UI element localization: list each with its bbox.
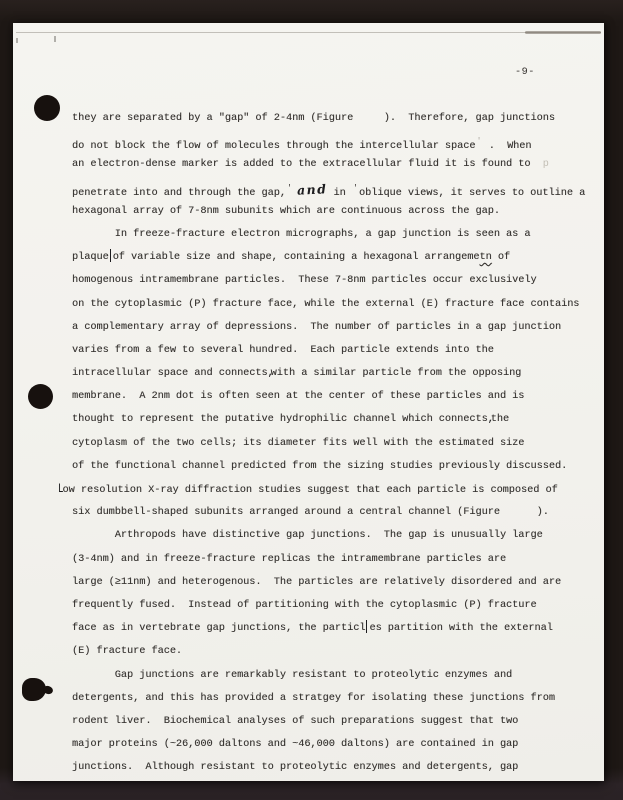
faint-stray-letter: p [543,159,549,170]
typed-text-segment: (3-4nm) and in freeze-fracture replicas … [72,554,506,565]
typed-text-segment: Gap junctions are remarkably resistant t… [72,670,512,681]
text-line: (E) fracture face. [72,640,602,663]
pencil-speck [16,38,18,43]
typed-text-segment: thought to represent the putative hydrop… [72,414,488,425]
text-line: Gap junctions are remarkably resistant t… [72,664,602,687]
handwritten-capital-mark: L [58,478,63,501]
text-line: In freeze-fracture electron micrographs,… [72,223,602,246]
scan-artifact-smudge [525,31,601,34]
text-line: large (≥11nm) and heterogenous. The part… [72,571,602,594]
hole-punch-middle [28,384,53,409]
text-line: face as in vertebrate gap junctions, the… [72,617,602,640]
text-line: Arthropods have distinctive gap junction… [72,524,602,547]
typed-text-segment: the [491,414,509,425]
typed-text-segment: . When [483,141,532,152]
typed-text-segment: of the functional channel predicted from… [72,461,567,472]
typed-text-segment: intracellular space and connects [72,368,268,379]
typed-text-segment: large (≥11nm) and heterogenous. The part… [72,577,561,588]
text-line: thought to represent the putative hydrop… [72,408,602,431]
text-line: rodent liver. Biochemical analyses of su… [72,710,602,733]
paper-sheet: -9- they are separated by a "gap" of 2-4… [13,23,604,781]
typed-text-segment: in [334,188,352,199]
text-line: major proteins (~26,000 daltons and ~46,… [72,733,602,756]
typed-text-segment: face as in vertebrate gap junctions, the… [72,623,365,634]
text-line: detergents, and this has provided a stra… [72,687,602,710]
typed-text-segment: cytoplasm of the two cells; its diameter… [72,438,524,449]
scanned-page-photo: -9- they are separated by a "gap" of 2-4… [0,0,623,800]
hole-punch-top [34,95,60,121]
text-line: a complementary array of depressions. Th… [72,316,602,339]
typed-text-segment: on the cytoplasmic (P) fracture face, wh… [72,299,579,310]
typed-text-segment: (E) fracture face. [72,646,182,657]
text-line: do not block the flow of molecules throu… [72,130,602,153]
typed-text-segment: plaque [72,252,109,263]
typed-text-segment: major proteins (~26,000 daltons and ~46,… [72,739,518,750]
typed-text-segment: of variable size and shape, containing a… [113,252,480,263]
text-line: plaqueof variable size and shape, contai… [72,246,602,269]
typed-text-segment: membrane. A 2nm dot is often seen at the… [72,391,524,402]
text-line: they are separated by a "gap" of 2-4nm (… [72,107,602,130]
text-line: frequently fused. Instead of partitionin… [72,594,602,617]
typed-text: they are separated by a "gap" of 2-4nm (… [72,107,602,779]
text-line: six dumbbell-shaped subunits arranged ar… [72,501,602,524]
typed-text-segment: an electron-dense marker is added to the… [72,159,543,170]
scan-artifact-line [16,32,601,33]
typed-text-segment: penetrate into and through the gap, [72,188,286,199]
typed-text-segment: a complementary array of depressions. Th… [72,322,561,333]
text-line: on the cytoplasmic (P) fracture face, wh… [72,293,602,316]
typed-text-segment: Arthropods have distinctive gap junction… [72,530,543,541]
stray-mark: ' [477,136,482,146]
typed-text-segment: with a similar particle from the opposin… [271,368,522,379]
text-line: intracellular space and connects,with a … [72,362,602,385]
typed-text-segment: detergents, and this has provided a stra… [72,693,555,704]
typed-text-segment: junctions. Although resistant to proteol… [72,762,518,773]
insertion-caret: ' [287,183,292,193]
stray-mark: ' [353,183,358,193]
typed-text-segment: oblique views, it serves to outline a [359,188,585,199]
typed-text-segment: ow resolution X-ray diffraction studies … [63,485,558,496]
text-line: hexagonal array of 7-8nm subunits which … [72,200,602,223]
typed-text-segment: six dumbbell-shaped subunits arranged ar… [72,507,549,518]
transposition-mark: tn [480,252,492,263]
typed-text-segment: do not block the flow of molecules throu… [72,141,476,152]
text-line: homogenous intramembrane particles. Thes… [72,269,602,292]
text-line: junctions. Although resistant to proteol… [72,756,602,779]
typed-text-segment: In freeze-fracture electron micrographs,… [72,229,531,240]
text-line: (3-4nm) and in freeze-fracture replicas … [72,548,602,571]
text-line: penetrate into and through the gap,'andi… [72,177,602,200]
text-line: an electron-dense marker is added to the… [72,153,602,176]
page-number: -9- [515,67,535,78]
text-line: Low resolution X-ray diffraction studies… [58,478,602,501]
typed-text-segment: of [492,252,510,263]
text-line: membrane. A 2nm dot is often seen at the… [72,385,602,408]
typed-text-segment: homogenous intramembrane particles. Thes… [72,275,537,286]
text-line: cytoplasm of the two cells; its diameter… [72,432,602,455]
typed-text-segment: rodent liver. Biochemical analyses of su… [72,716,518,727]
text-line: of the functional channel predicted from… [72,455,602,478]
typed-text-segment: es partition with the external [369,623,552,634]
text-line: varies from a few to several hundred. Ea… [72,339,602,362]
pencil-speck [54,36,56,42]
typed-text-segment: varies from a few to several hundred. Ea… [72,345,494,356]
typed-text-segment: they are separated by a "gap" of 2-4nm (… [72,113,555,124]
typed-text-segment: hexagonal array of 7-8nm subunits which … [72,206,500,217]
handwritten-and-annotation: and [296,177,328,202]
typed-text-segment: frequently fused. Instead of partitionin… [72,600,537,611]
